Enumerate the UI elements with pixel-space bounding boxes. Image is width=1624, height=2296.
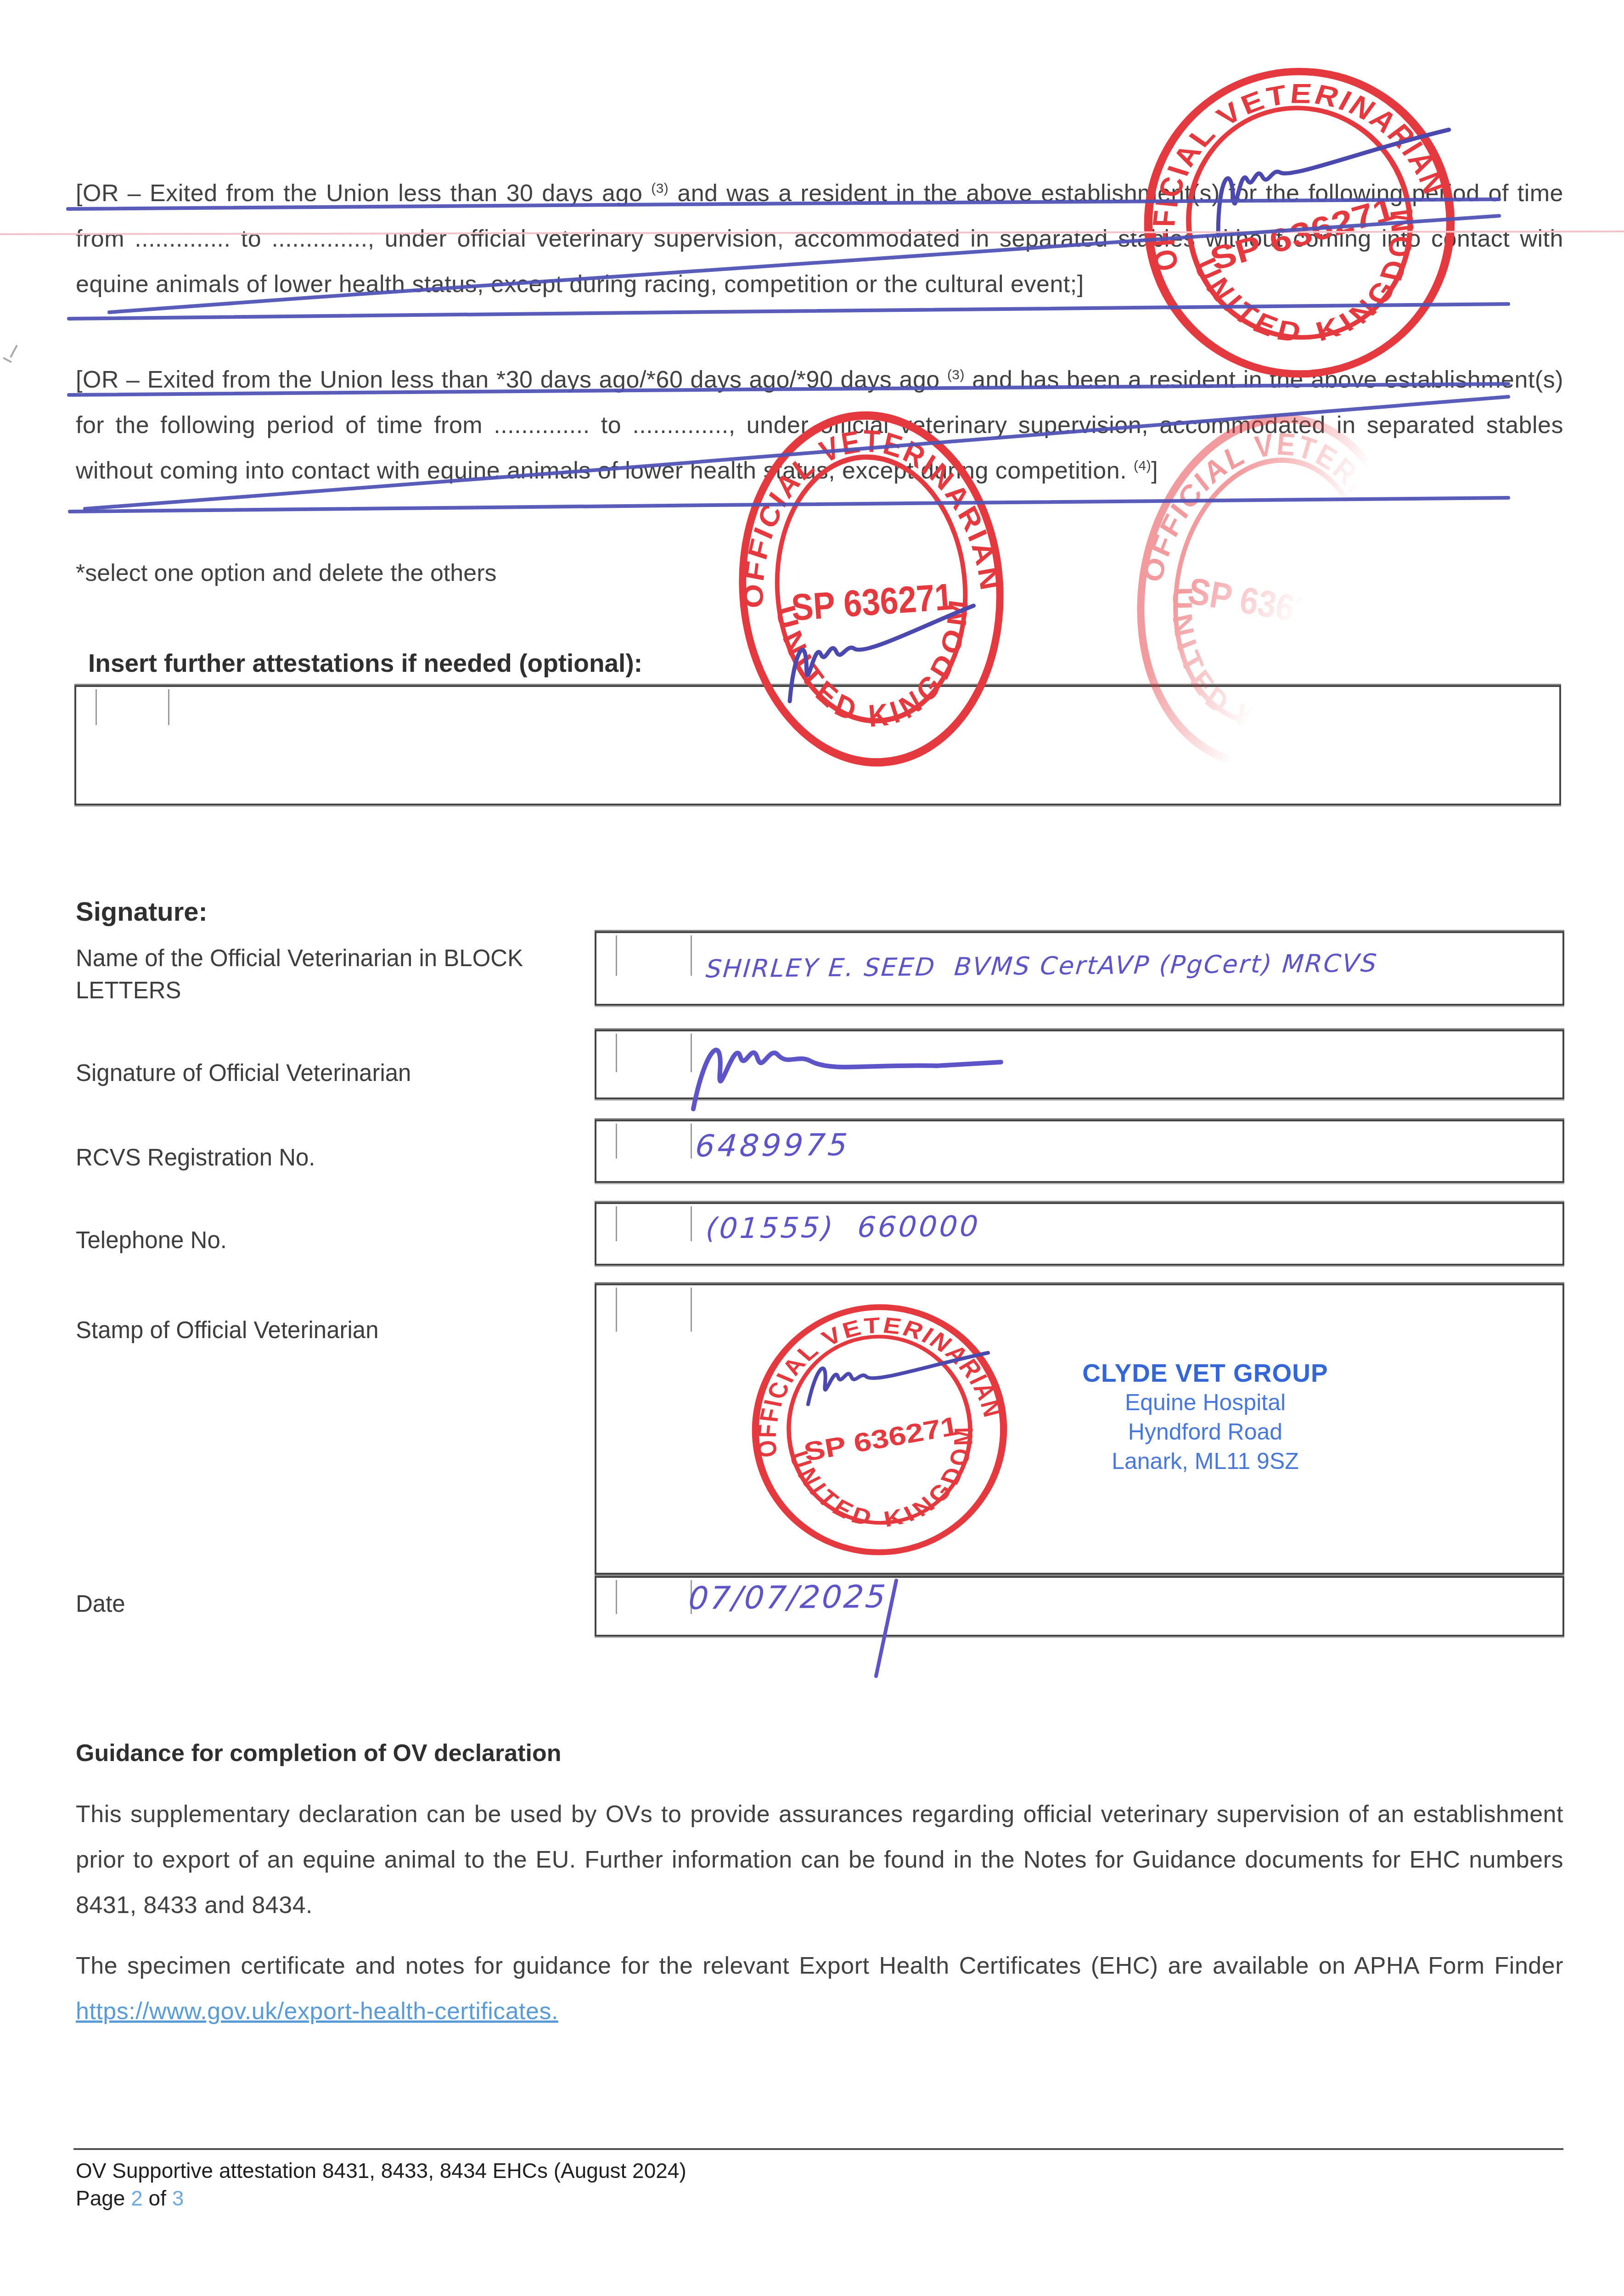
option2-text-pre: [OR – Exited from the Union less than *3… bbox=[76, 366, 947, 393]
guidance-paragraph-2-text: The specimen certificate and notes for g… bbox=[76, 1953, 1563, 1979]
stamp-label: Stamp of Official Veterinarian bbox=[76, 1314, 581, 1346]
insert-attestations-heading: Insert further attestations if needed (o… bbox=[88, 648, 642, 678]
guidance-heading: Guidance for completion of OV declaratio… bbox=[76, 1739, 561, 1767]
cell-divider-tick bbox=[691, 1124, 692, 1159]
practice-name: CLYDE VET GROUP bbox=[1042, 1358, 1368, 1388]
date-handwritten-value: 07/07/2025 bbox=[687, 1579, 888, 1617]
option1-text-pre: [OR – Exited from the Union less than 30… bbox=[76, 180, 651, 207]
phone-label: Telephone No. bbox=[76, 1224, 581, 1256]
practice-address-line: Hyndford Road bbox=[1042, 1417, 1368, 1446]
name-label: Name of the Official Veterinarian in BLO… bbox=[76, 942, 581, 1007]
signature-squiggle bbox=[680, 1022, 1028, 1123]
svg-text:SP 636271: SP 636271 bbox=[1185, 570, 1351, 639]
cell-divider-tick bbox=[616, 1580, 617, 1614]
of-word: of bbox=[149, 2186, 166, 2210]
rcvs-label: RCVS Registration No. bbox=[76, 1142, 581, 1174]
export-health-certificates-link[interactable]: https://www.gov.uk/export-health-certifi… bbox=[76, 1998, 558, 2025]
guidance-paragraph-1: This supplementary declaration can be us… bbox=[76, 1792, 1563, 1928]
footer-divider bbox=[73, 2148, 1563, 2150]
phone-handwritten-value: (01555) 660000 bbox=[705, 1209, 982, 1245]
cell-divider-tick bbox=[691, 1206, 692, 1241]
cell-divider-tick bbox=[616, 1206, 617, 1241]
pencil-mark bbox=[5, 343, 32, 376]
cell-divider-tick bbox=[691, 935, 692, 976]
cell-divider-tick bbox=[96, 689, 97, 725]
name-handwritten-value: SHIRLEY E. SEED BVMS CertAVP (PgCert) MR… bbox=[705, 949, 1379, 984]
date-label: Date bbox=[76, 1588, 581, 1620]
cell-divider-tick bbox=[616, 1288, 617, 1332]
practice-address-block: CLYDE VET GROUP Equine Hospital Hyndford… bbox=[1042, 1358, 1368, 1476]
scanned-document-page: [OR – Exited from the Union less than 30… bbox=[0, 0, 1624, 2296]
footnote-ref-4: (4) bbox=[1134, 458, 1151, 473]
signature-squiggle bbox=[771, 586, 997, 718]
signature-heading: Signature: bbox=[76, 896, 208, 927]
cell-divider-tick bbox=[616, 1034, 617, 1072]
footnote-ref-3: (3) bbox=[651, 181, 669, 196]
footer-page-indicator: Page 2 of 3 bbox=[76, 2186, 184, 2211]
cell-divider-tick bbox=[691, 1288, 692, 1332]
page-word: Page bbox=[76, 2186, 125, 2210]
page-total: 3 bbox=[172, 2186, 184, 2210]
svg-text:SP 636271: SP 636271 bbox=[802, 1411, 961, 1467]
signature-squiggle bbox=[800, 1340, 997, 1418]
select-option-note: *select one option and delete the others bbox=[76, 559, 496, 587]
page-number: 2 bbox=[131, 2186, 143, 2210]
guidance-paragraph-2: The specimen certificate and notes for g… bbox=[76, 1943, 1563, 2034]
signature-label: Signature of Official Veterinarian bbox=[76, 1057, 581, 1089]
practice-address-line: Lanark, ML11 9SZ bbox=[1042, 1446, 1368, 1476]
cell-divider-tick bbox=[616, 1124, 617, 1159]
cell-divider-tick bbox=[168, 689, 169, 725]
official-veterinarian-stamp: OFFICIAL VETERINARIANUNITED KINGDOMSP 63… bbox=[726, 1277, 1032, 1582]
rcvs-handwritten-value: 6489975 bbox=[694, 1127, 851, 1164]
footnote-ref-3b: (3) bbox=[947, 367, 965, 383]
footer-doc-ref: OV Supportive attestation 8431, 8433, 84… bbox=[76, 2158, 686, 2183]
cell-divider-tick bbox=[616, 935, 617, 976]
practice-address-line: Equine Hospital bbox=[1042, 1388, 1368, 1417]
